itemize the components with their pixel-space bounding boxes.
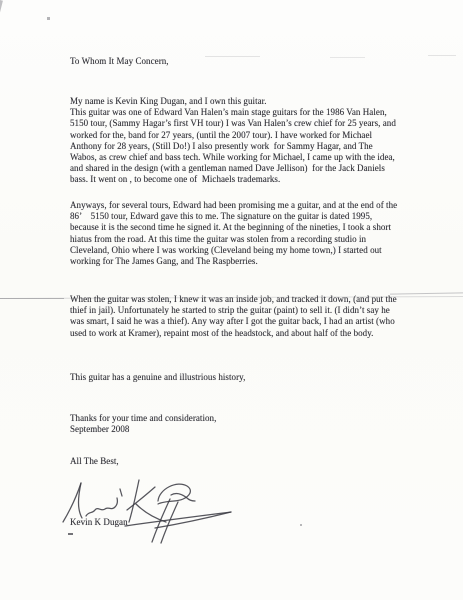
letter-line: because it is the second time he signed … xyxy=(70,222,397,233)
scan-speck xyxy=(300,524,302,526)
letter-line: 86’ 5150 tour, Edward gave this to me. T… xyxy=(70,211,397,222)
paragraph-guitar-gift: Anyways, for several tours, Edward had b… xyxy=(70,200,397,267)
letter-line: hiatus from the road. At this time the g… xyxy=(70,234,397,245)
scan-corner-artifact xyxy=(0,0,3,14)
letter-line: and shared in the design (with a gentlem… xyxy=(70,163,396,174)
closing-thanks: Thanks for your time and consideration, … xyxy=(70,413,216,435)
letter-line: bass. It went on , to become one of Mich… xyxy=(70,174,396,185)
letter-line: When the guitar was stolen, I knew it wa… xyxy=(70,294,397,305)
letter-line: Cleveland, Ohio where I was working (Cle… xyxy=(70,245,397,256)
letter-line: working for The James Gang, and The Rasp… xyxy=(70,256,397,267)
paragraph-theft: When the guitar was stolen, I knew it wa… xyxy=(70,294,397,339)
thanks-line: Thanks for your time and consideration, xyxy=(70,413,216,424)
letter-line: thief in jail). Unfortunately he started… xyxy=(70,305,397,316)
scan-streak xyxy=(205,56,260,57)
paragraph-intro: My name is Kevin King Dugan, and I own t… xyxy=(70,96,396,186)
letter-line: used to work at Kramer), repaint most of… xyxy=(70,328,397,339)
letter-line: My name is Kevin King Dugan, and I own t… xyxy=(70,96,396,107)
printed-name-text: Kevin K Dugan xyxy=(70,517,128,528)
salutation-text: To Whom It May Concern, xyxy=(70,56,169,67)
letter-line: This guitar was one of Edward Van Halen’… xyxy=(70,107,396,118)
letter-line: Anthony for 28 years, (Still Do!) I also… xyxy=(70,141,396,152)
letter-line: worked for the, band for 27 years, (unti… xyxy=(70,130,396,141)
handwritten-signature xyxy=(55,468,240,546)
letter-line: was smart, I said he was a thief). Any w… xyxy=(70,316,397,327)
letter-line: This guitar has a genuine and illustriou… xyxy=(70,372,245,383)
history-statement: This guitar has a genuine and illustriou… xyxy=(70,372,245,383)
scan-streak xyxy=(428,55,456,56)
scan-line-artifact xyxy=(0,298,64,299)
letter-line: Anyways, for several tours, Edward had b… xyxy=(70,200,397,211)
valediction-text: All The Best, xyxy=(70,456,119,467)
salutation: To Whom It May Concern, xyxy=(70,56,169,67)
scan-line-artifact xyxy=(390,292,463,295)
date-line: September 2008 xyxy=(70,424,216,435)
letter-page: To Whom It May Concern, My name is Kevin… xyxy=(0,0,463,600)
scan-streak xyxy=(330,57,365,58)
letter-line: Wabos, as crew chief and bass tech. Whil… xyxy=(70,152,396,163)
scan-speck xyxy=(47,17,50,20)
letter-line: 5150 tour, (Sammy Hagar’s first VH tour)… xyxy=(70,118,396,129)
valediction: All The Best, xyxy=(70,456,119,467)
printed-name: Kevin K Dugan xyxy=(70,517,128,528)
